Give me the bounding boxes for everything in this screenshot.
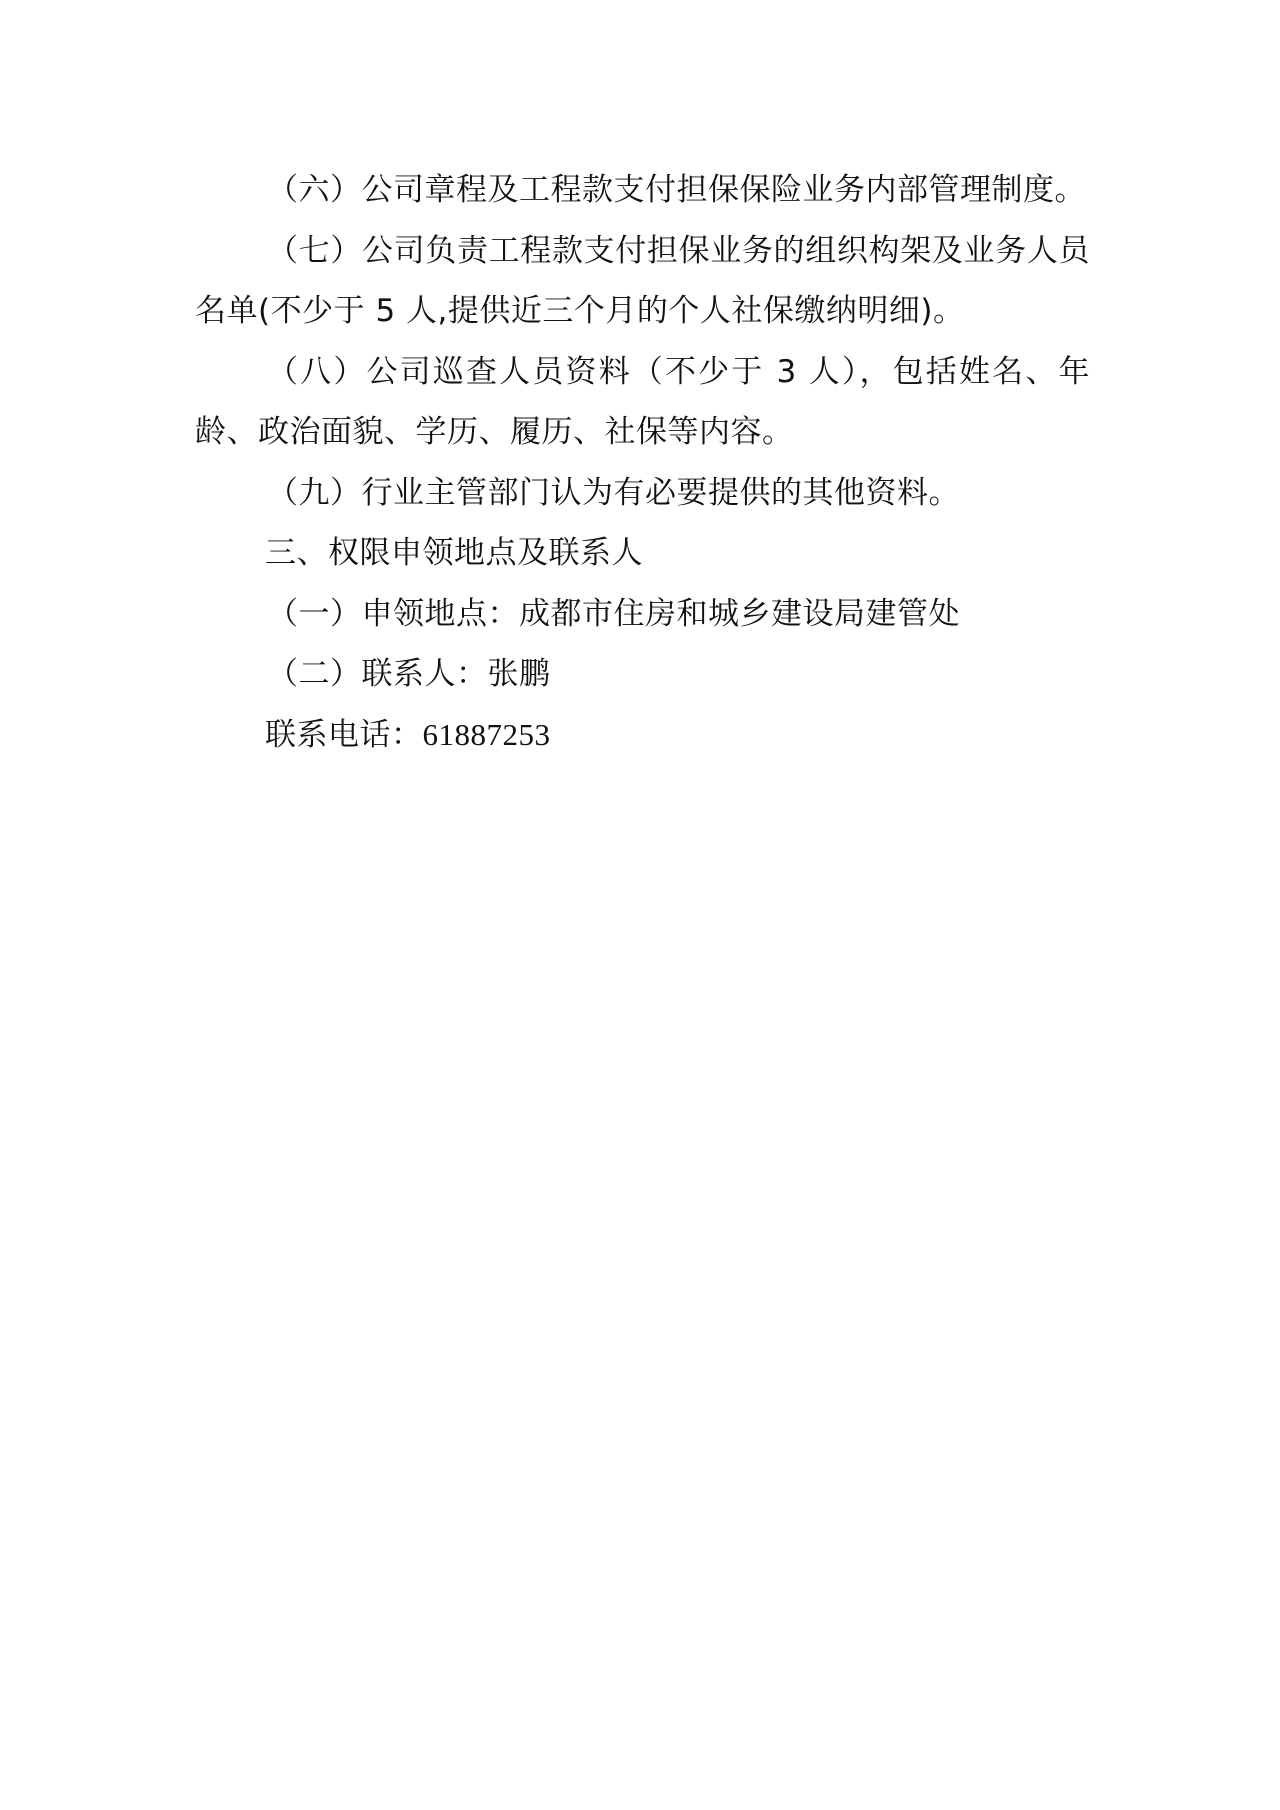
paragraph-item-9: （九）行业主管部门认为有必要提供的其他资料。	[195, 463, 1090, 524]
contact-person: （二）联系人：张鹏	[195, 644, 1090, 705]
section-3-heading: 三、权限申领地点及联系人	[195, 523, 1090, 584]
contact-phone: 联系电话：61887253	[195, 705, 1090, 766]
application-location: （一）申领地点：成都市住房和城乡建设局建管处	[195, 584, 1090, 645]
contact-phone-value: 61887253	[423, 717, 551, 752]
document-page: （六）公司章程及工程款支付担保保险业务内部管理制度。 （七）公司负责工程款支付担…	[195, 160, 1090, 765]
paragraph-item-8: （八）公司巡查人员资料（不少于 3 人），包括姓名、年龄、政治面貌、学历、履历、…	[195, 342, 1090, 463]
contact-phone-label: 联系电话：	[265, 717, 423, 753]
paragraph-item-6: （六）公司章程及工程款支付担保保险业务内部管理制度。	[195, 160, 1090, 221]
paragraph-item-7: （七）公司负责工程款支付担保业务的组织构架及业务人员名单(不少于 5 人,提供近…	[195, 221, 1090, 342]
